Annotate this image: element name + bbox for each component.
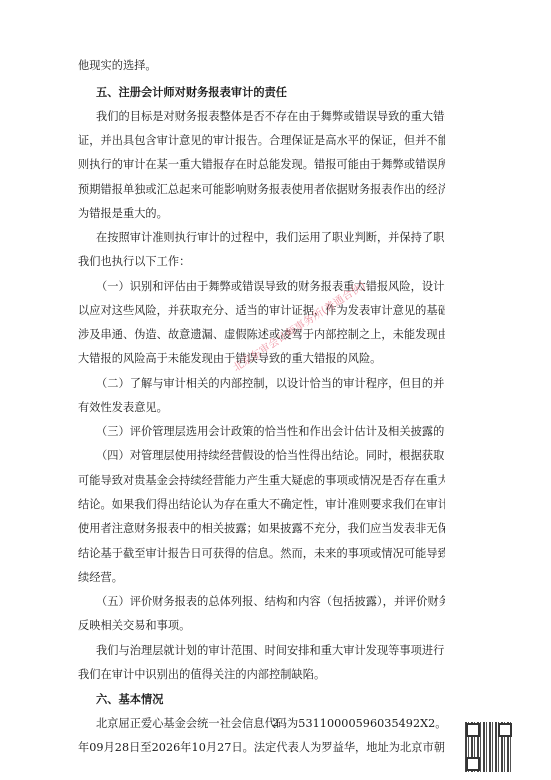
paragraph-line: 涉及串通、伪造、故意遗漏、虚假陈述或凌驾于内部控制之上，未能发现由于舞弊导致的重 bbox=[78, 328, 445, 342]
paragraph-line: 则执行的审计在某一重大错报存在时总能发现。错报可能由于舞弊或错误所导致，如果合理 bbox=[78, 158, 445, 172]
qr-code-icon bbox=[465, 722, 513, 772]
paragraph-line: 为错报是重大的。 bbox=[78, 207, 445, 221]
section-heading: 六、基本情况 bbox=[78, 692, 463, 706]
paragraph-line: 我们的目标是对财务报表整体是否不存在由于舞弊或错误导致的重大错报获取合理保 bbox=[78, 110, 445, 124]
paragraph-line: 续经营。 bbox=[78, 571, 445, 585]
paragraph-line: 预期错报单独或汇总起来可能影响财务报表使用者依据财务报表作出的经济决策，则通常认 bbox=[78, 183, 445, 197]
paragraph-line: （三）评价管理层选用会计政策的恰当性和作出会计估计及相关披露的合理性。 bbox=[78, 425, 445, 439]
paragraph-line: 使用者注意财务报表中的相关披露；如果披露不充分，我们应当发表非无保留意见。我们的 bbox=[78, 522, 445, 536]
paragraph-line: 我们在审计中识别出的值得关注的内部控制缺陷。 bbox=[78, 668, 445, 682]
paragraph-line: 我们与治理层就计划的审计范围、时间安排和重大审计发现等事项进行沟通，包括沟通 bbox=[78, 644, 445, 658]
section-heading: 五、注册会计师对财务报表审计的责任 bbox=[78, 85, 463, 99]
paragraph-line: 反映相关交易和事项。 bbox=[78, 619, 445, 633]
paragraph-line: 证，并出具包含审计意见的审计报告。合理保证是高水平的保证，但并不能保证按照审计准 bbox=[78, 134, 445, 148]
paragraph-line: 以应对这些风险，并获取充分、适当的审计证据，作为发表审计意见的基础。由于舞弊可能 bbox=[78, 304, 445, 318]
paragraph-line: 在按照审计准则执行审计的过程中，我们运用了职业判断，并保持了职业怀疑。同时， bbox=[78, 231, 445, 245]
paragraph-line: 有效性发表意见。 bbox=[78, 401, 445, 415]
paragraph-line: 我们也执行以下工作： bbox=[78, 255, 445, 269]
paragraph-line: 结论基于截至审计报告日可获得的信息。然而，未来的事项或情况可能导致贵基金会不能持 bbox=[78, 547, 445, 561]
qr-finder-pattern bbox=[466, 757, 480, 771]
paragraph-line: （二）了解与审计相关的内部控制，以设计恰当的审计程序，但目的并非对内部控制的 bbox=[78, 377, 445, 391]
paragraph-line: 可能导致对贵基金会持续经营能力产生重大疑虑的事项或情况是否存在重大不确定性得出 bbox=[78, 474, 445, 488]
paragraph-line: （一）识别和评估由于舞弊或错误导致的财务报表重大错报风险，设计和实施审计程序 bbox=[78, 280, 445, 294]
paragraph-line: 他现实的选择。 bbox=[78, 59, 445, 73]
paragraph-line: 结论。如果我们得出结论认为存在重大不确定性，审计准则要求我们在审计报告中提请报表 bbox=[78, 498, 445, 512]
paragraph-line: （五）评价财务报表的总体列报、结构和内容（包括披露），并评价财务报表是否公允 bbox=[78, 595, 445, 609]
paragraph-line: （四）对管理层使用持续经营假设的恰当性得出结论。同时，根据获取的审计证据，就 bbox=[78, 449, 445, 463]
paragraph-line: 年09月28日至2026年10月27日。法定代表人为罗益华，地址为北京市朝阳区西… bbox=[78, 741, 445, 755]
